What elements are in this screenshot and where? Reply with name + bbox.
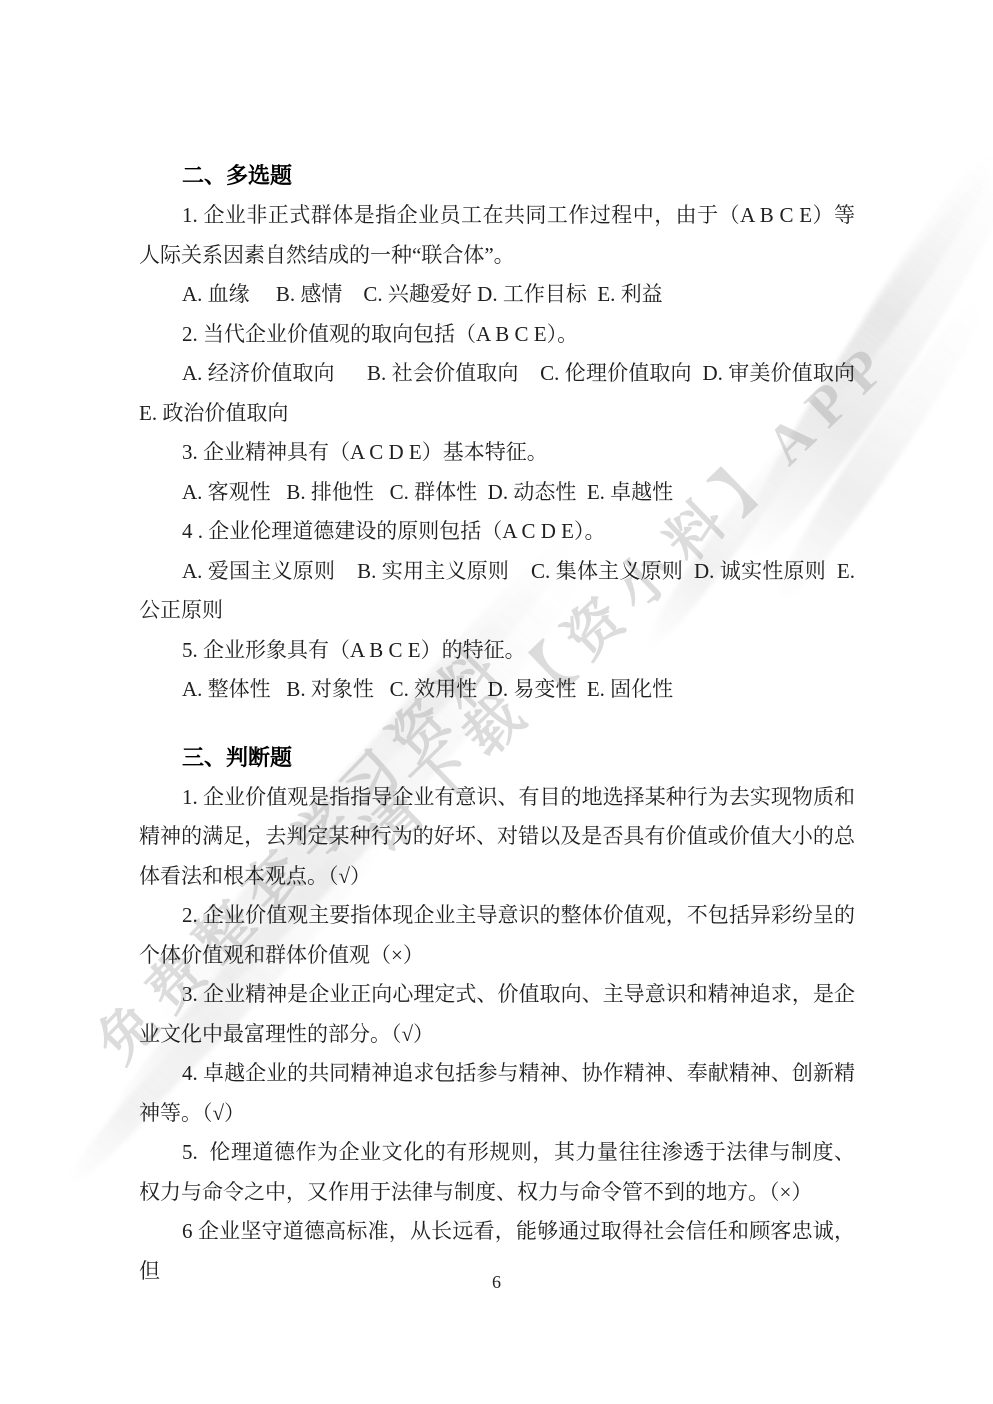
options-line: A. 血缘 B. 感情 C. 兴趣爱好 D. 工作目标 E. 利益 (139, 275, 855, 315)
options-line: A. 爱国主义原则 B. 实用主义原则 C. 集体主义原则 D. 诚实性原则 E… (139, 552, 855, 631)
options-line: A. 经济价值取向 B. 社会价值取向 C. 伦理价值取向 D. 审美价值取向 … (139, 354, 855, 433)
statement-text: 5. 伦理道德作为企业文化的有形规则，其力量往往渗透于法律与制度、权力与命令之中… (139, 1133, 855, 1212)
statement-text: 1. 企业价值观是指指导企业有意识、有目的地选择某种行为去实现物质和精神的满足，… (139, 778, 855, 897)
question-text: 3. 企业精神具有（A C D E）基本特征。 (139, 433, 855, 473)
question-text: 1. 企业非正式群体是指企业员工在共同工作过程中，由于（A B C E）等人际关… (139, 196, 855, 275)
statement-text: 2. 企业价值观主要指体现企业主导意识的整体价值观，不包括异彩纷呈的个体价值观和… (139, 896, 855, 975)
question-text: 5. 企业形象具有（A B C E）的特征。 (139, 631, 855, 671)
document-content: 二、多选题 1. 企业非正式群体是指企业员工在共同工作过程中，由于（A B C … (139, 156, 855, 1291)
question-text: 4 . 企业伦理道德建设的原则包括（A C D E）。 (139, 512, 855, 552)
statement-text: 3. 企业精神是企业正向心理定式、价值取向、主导意识和精神追求，是企业文化中最富… (139, 975, 855, 1054)
question-text: 2. 当代企业价值观的取向包括（A B C E）。 (139, 315, 855, 355)
options-line: A. 整体性 B. 对象性 C. 效用性 D. 易变性 E. 固化性 (139, 670, 855, 710)
section-heading-multiple-choice: 二、多选题 (139, 156, 855, 196)
section-heading-true-false: 三、判断题 (139, 738, 855, 778)
page-number: 6 (0, 1272, 993, 1293)
statement-text: 4. 卓越企业的共同精神追求包括参与精神、协作精神、奉献精神、创新精神等。（√） (139, 1054, 855, 1133)
options-line: A. 客观性 B. 排他性 C. 群体性 D. 动态性 E. 卓越性 (139, 473, 855, 513)
document-page: 免费整套学习资料 请下载【资小料】APP 二、多选题 1. 企业非正式群体是指企… (0, 0, 993, 1404)
